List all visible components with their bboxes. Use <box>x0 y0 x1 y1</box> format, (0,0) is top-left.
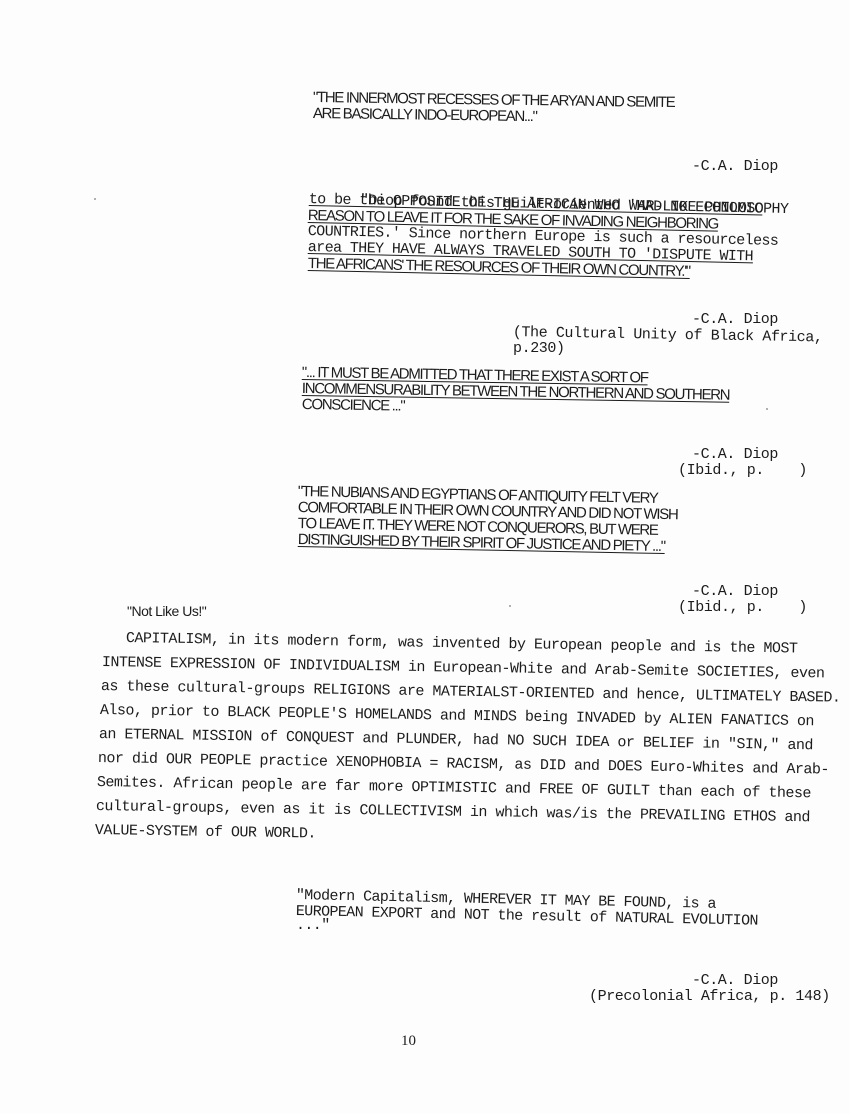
scan-speck <box>509 605 511 607</box>
paragraph-line: CAPITALISM, in its modern form, was inve… <box>126 631 798 658</box>
quote-line: ARE BASICALLY INDO-EUROPEAN..." <box>313 106 537 125</box>
document-page: "THE INNERMOST RECESSES OF THE ARYAN AND… <box>0 0 850 1114</box>
section-heading: "Not Like Us!" <box>127 603 206 619</box>
quote-line: CONSCIENCE ..." <box>302 397 405 415</box>
quote-attribution: -C.A. Diop <box>692 159 778 175</box>
quote-source: (Ibid., p. ) <box>678 463 807 479</box>
quote-line: ..." <box>296 918 330 934</box>
paragraph-line: Semites. African people are far more OPT… <box>97 775 811 802</box>
quote-attribution: -C.A. Diop <box>692 312 778 328</box>
paragraph-line: Also, prior to BLACK PEOPLE'S HOMELANDS … <box>100 703 814 730</box>
paragraph-line: VALUE-SYSTEM of OUR WORLD. <box>95 823 316 842</box>
paragraph-line: an ETERNAL MISSION of CONQUEST and PLUND… <box>99 727 813 754</box>
page-number: 10 <box>401 1033 416 1050</box>
scan-speck <box>766 408 768 410</box>
quote-attribution: -C.A. Diop <box>692 973 778 989</box>
quote-attribution: -C.A. Diop <box>692 447 778 463</box>
paragraph-line: INTENSE EXPRESSION OF INDIVIDUALISM in E… <box>102 655 825 682</box>
quote-source: (Ibid., p. ) <box>678 600 807 616</box>
scan-speck <box>94 198 96 200</box>
quote-source: (Precolonial Africa, p. 148) <box>589 989 830 1005</box>
quote-source: p.230) <box>513 341 565 357</box>
paragraph-line: nor did OUR PEOPLE practice XENOPHOBIA =… <box>98 751 829 778</box>
paragraph-line: as these cultural-groups RELIGIONS are M… <box>101 679 841 707</box>
paragraph-line: cultural-groups, even as it is COLLECTIV… <box>96 799 810 826</box>
quote-attribution: -C.A. Diop <box>692 584 778 600</box>
